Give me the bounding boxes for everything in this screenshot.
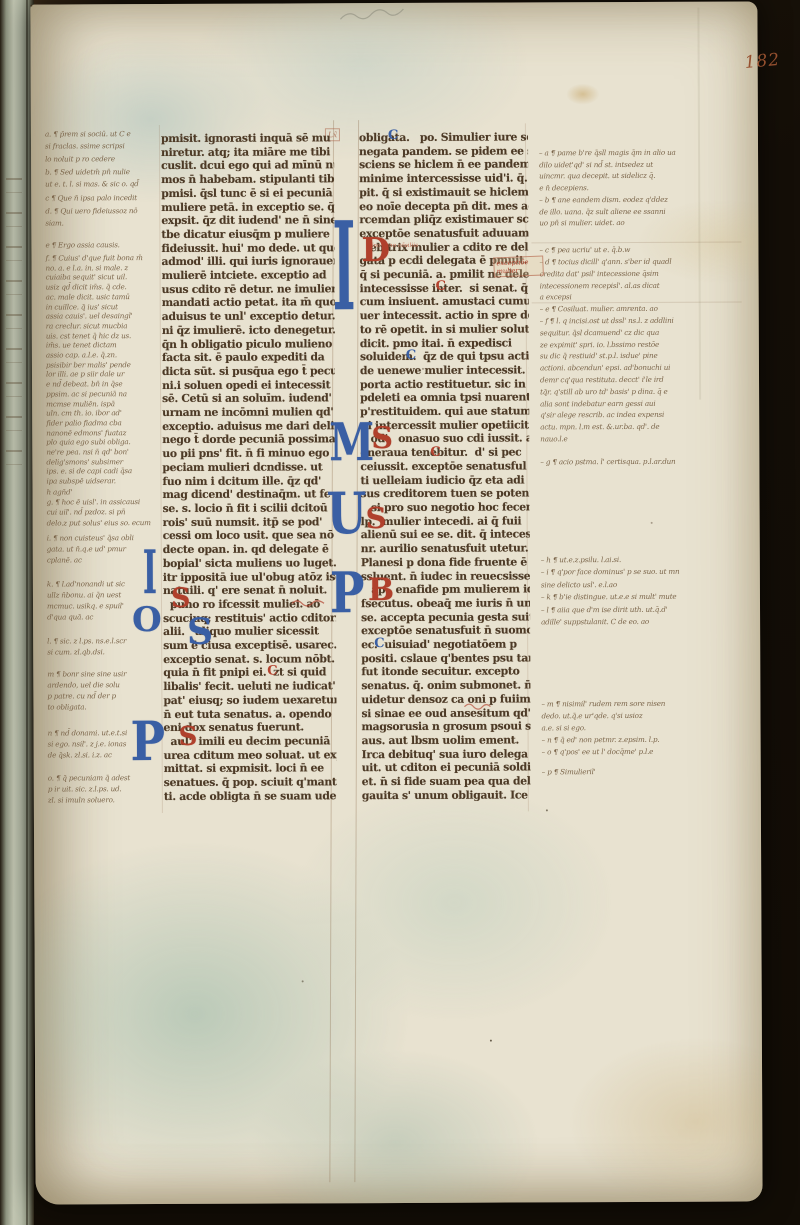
gloss-line: cui uil'. nd̄ pzdoz. si pn̄ — [47, 507, 165, 518]
text-line: exceptōe senatusfuit n̄ suomo — [361, 624, 530, 638]
left-gloss-block: f. ¶ Cuius' d'que fuit bona m̄no. a. e l… — [45, 253, 164, 486]
capitulum-red: C — [436, 280, 446, 293]
gloss-line: in cuillce. q̄ ius' sicut — [46, 302, 164, 312]
gloss-line: adille' suppstulanit. C de eo. ao — [541, 616, 701, 629]
gloss-line: e n̄ decepiens. — [539, 181, 699, 193]
text-line: obligata. po. Simulier iure se — [359, 130, 528, 144]
text-line: pdeleti ea omnia tpsi nuarent — [360, 391, 529, 405]
gloss-line: assio cap. a.l.e. q̄.zn. — [46, 350, 164, 360]
gloss-line: uis. cst tenet q̄ hic dz us. — [46, 331, 164, 341]
text-line: aus. aut lbsm uolim ement. — [362, 733, 531, 747]
text-line: fut itonde secuitur. excepto — [361, 665, 530, 679]
initial-I-blue: I — [332, 219, 355, 314]
right-gloss-block: – p ¶ Simulieril' — [542, 766, 702, 779]
gloss-line: de illo. uana. q̄z sult aliene ee ssanni — [539, 205, 699, 217]
gloss-line: cuiaiba sequit' sicut uil. — [46, 272, 164, 282]
text-line: positi. cslaue q'bentes psu tamue — [361, 651, 530, 665]
gloss-line: – o ¶ q'pos' ee ut l' docq̄me' p.l.e — [542, 746, 702, 759]
gloss-line: ardendo, uel die solu — [47, 679, 165, 691]
gloss-line: ac. male dicit. usic tamū — [46, 292, 164, 302]
capitulum-red: C — [430, 446, 440, 459]
gloss-line: o. ¶ q̄ pecuniam q̄ adest — [48, 772, 166, 784]
text-line: gauita s' unum obligauit. Ice — [362, 788, 531, 802]
text-line: rcemdan pliq̄z existimauer sce — [359, 213, 528, 227]
capitulum-blue: C — [374, 637, 384, 650]
initial-I-blue: I — [143, 550, 157, 597]
gloss-line: m ¶ bonr sine sine usir — [47, 668, 165, 680]
left-gloss-block: e ¶ Ergo assia causis. — [45, 239, 163, 252]
text-line: niretur. atq; ita miāre me tibi — [161, 145, 334, 159]
text-line: urnam ne incōmni mulien qd' — [162, 405, 335, 419]
gloss-line: mcmse muliēn. ispā — [46, 399, 164, 409]
text-line: quia n̄ fit pnipi ei. zt si quid — [163, 666, 336, 680]
text-line: pat' eiusq; so iudem uexaretur. — [163, 693, 336, 707]
text-line: exceptio. aduisus me dari delit — [162, 419, 335, 433]
text-line: minime intercessisse uid'i. q̄. dc — [359, 172, 528, 186]
text-line: dicit. pmo itai. n̄ expedisci — [360, 336, 529, 350]
gloss-line: p ir uit. sic. z.l.ps. ud. — [48, 783, 166, 795]
text-line: pmisit. ignorasti inquā sē mu — [161, 131, 334, 145]
right-gloss-block: – b ¶ ane eandem dism. eodez q'ddezde il… — [539, 194, 699, 229]
manuscript-page: 182 Lx̃ pmisit. ignorasti inquā sē munir… — [30, 1, 762, 1204]
initial-B-red: B — [368, 578, 394, 602]
left-gloss-block: a. ¶ p̄rem si sociū. ut C esi fraclas. s… — [45, 128, 163, 166]
text-line: uo pii pns' fit. n̄ fi minuo ego — [162, 446, 335, 460]
text-line: pit. q̄ si existimauit se hiclem — [359, 185, 528, 199]
previous-page-edge — [0, 0, 34, 1225]
gloss-line: a excepsi — [540, 291, 700, 303]
gloss-line: ze expimit' spri. io. l.bssimo restōe — [540, 338, 700, 350]
text-line: fideiussit. hui' mo dede. ut que — [161, 241, 334, 255]
text-line: porta actio restituetur. sic in — [360, 377, 529, 391]
gloss-line: actioni. abcendun' epsi. ad'bonuchi ui — [540, 362, 700, 374]
gloss-line: – m ¶ nisimil' rudem rem sore nisen — [541, 698, 701, 711]
gloss-line: – f ¶ l. q incisi.ost ut dssl' ns.l. z a… — [540, 315, 700, 327]
previous-page-text-fragments — [6, 178, 22, 468]
gloss-line: – p ¶ Simulieril' — [542, 766, 702, 779]
text-line: p'restituidem. qui aue statum — [360, 404, 529, 418]
text-line: to rē opetit. in si mulier solut — [360, 322, 529, 336]
text-line: uidetur densoz ca oni p fuiim — [361, 692, 530, 706]
gloss-line: uincmr. qua decepit. ut sidelicz q̄. — [539, 170, 699, 182]
gloss-line: ips. e. si de capi cadi q̄sa — [46, 466, 164, 476]
red-flourish — [291, 599, 325, 607]
text-line: ceiussit. exceptōe senatusful — [360, 459, 529, 473]
text-line: admod' illi. qui iuris ignorauent — [161, 255, 334, 269]
manuscript-photo: 182 Lx̃ pmisit. ignorasti inquā sē munir… — [0, 0, 800, 1225]
right-gloss-block: – m ¶ nisimil' rudem rem sore nisendedo.… — [541, 698, 701, 759]
initial-S-blue: S — [187, 618, 213, 646]
gloss-line: alia sont indebatur earn gessi aui — [540, 397, 700, 409]
gloss-line: dedo. ut.q̄.e ur'qde. q'si usioz — [541, 710, 701, 723]
text-line: expsit. q̄z dit iudend' ne n̄ sine — [161, 213, 334, 227]
gloss-line: assia cauis'. uel desaingl' — [46, 311, 164, 321]
right-gloss-block: – g ¶ acio pstma. l' certisqua. p.l.ar.d… — [540, 456, 700, 468]
left-gloss-block: b. ¶ Sed uidetm̄ pn̄ nulieut e. t. l. si… — [45, 166, 163, 191]
text-line: senatus. q̄. onim submonet. n̄ — [361, 679, 530, 693]
gloss-line: b. ¶ Sed uidetm̄ pn̄ nulie — [45, 166, 163, 179]
text-line: si sinae ee oud ansesitum qd' — [361, 706, 530, 720]
capitulum-blue: C — [388, 129, 398, 142]
text-line: muliere petā. in exceptio se. q̄. — [161, 200, 334, 214]
gloss-line: – d ¶ tocius dicill' q'ann. s'ber id qua… — [539, 256, 699, 268]
gloss-line: g. ¶ hoc ē uisl'. in assicausi — [47, 497, 165, 508]
text-line: rois' suū numsit. itp̄ se pod' — [163, 515, 336, 529]
text-line: nego t̄ dorde pecuniā possima — [162, 433, 335, 447]
capitulum-blue: C — [406, 349, 416, 362]
gloss-line: sequitur. q̄sl dcamuend' cz dic qua — [540, 326, 700, 338]
gloss-line: a.e. si si ego. — [542, 722, 702, 735]
text-line: usus cdito rē detur. ne imulierē — [162, 282, 335, 296]
text-line: uer intecessit. actio in spre deb — [360, 309, 529, 323]
red-note-line: mulier — [497, 266, 541, 276]
gloss-line: fider palio fiadma cba — [46, 418, 164, 428]
right-gloss-block: – d ¶ tocius dicill' q'ann. s'ber id qua… — [539, 256, 700, 445]
text-line: Planesi p dona fide fruente ē — [361, 555, 530, 569]
gloss-line: su dic q̄ restiuid' st.p.l. isdue' pine — [540, 350, 700, 362]
text-line: magsorusia n grosum psoui s. — [362, 720, 531, 734]
gloss-line: sine delicto usl'. e.l.ao — [541, 578, 701, 591]
gloss-line: ne're pea. nsi n̄ qd' bon' — [46, 447, 164, 457]
gloss-line: – i ¶ q'por face dominus' p se suo. ut m… — [541, 566, 701, 579]
gloss-line: zl. si imuln soluero. — [48, 794, 166, 806]
initial-S-red: S — [371, 427, 393, 450]
gloss-line: dilo uidet'qd' si nd̄ st. intsedez ut — [539, 158, 699, 170]
right-gloss-block: – a ¶ pame b're q̄sll magis q̄m in alio … — [539, 147, 699, 194]
text-line: se. accepta pecunia gesta suit. — [361, 610, 530, 624]
text-line: de uenewe mulier intecessit. n. — [360, 363, 529, 377]
initial-S-red: S — [366, 507, 387, 530]
gloss-line: – c ¶ pea ucriu' ut e. q̄.b.w — [539, 244, 699, 256]
gloss-line: uln. cm th. io. ibor ad' — [46, 408, 164, 418]
page-edge-crease — [26, 0, 28, 1225]
gloss-line: ut e. t. l. si mas. & sic o. qd̄ — [45, 178, 163, 191]
text-line: cuslit. dcui ego qui ad mīnū nū — [161, 159, 334, 173]
gloss-line: si fraclas. ssime scripsi — [45, 140, 163, 153]
text-line: nr. aurilio senatusfuit utetur. — [361, 542, 530, 556]
left-gloss-block: d. ¶ Qui uero fideiussoz nōsiam. — [45, 205, 163, 230]
gloss-line: actu. mpn. l.m est. &.ur.ba. qd'. de — [540, 421, 700, 433]
left-gloss-block: h agn̄d'g. ¶ hoc ē uisl'. in assicausicu… — [46, 487, 164, 528]
main-text-column-left: pmisit. ignorasti inquā sē muniretur. at… — [161, 131, 337, 803]
text-line: Irca debituq' sua iuro delega — [362, 747, 531, 761]
text-line: uit. ut cditon ei pecuniā soldi — [362, 761, 531, 775]
initial-O-blue: O — [132, 607, 162, 634]
gloss-line: no. a. e l.a. in. si male. z — [46, 263, 164, 273]
gloss-line: tq̄r. q'still ab uro td' basis' p dina. … — [540, 385, 700, 397]
red-flourish — [463, 703, 491, 711]
initial-P-blue: P — [131, 720, 166, 762]
initial-S-red: S — [179, 727, 198, 747]
right-gloss-block: – c ¶ pea ucriu' ut e. q̄.b.w — [539, 244, 699, 256]
gloss-line: q'sir alege rescrib. ac indea expensi — [540, 409, 700, 421]
gloss-line: lor illi. ae p siir dale ur — [46, 369, 164, 379]
text-line: mos n̄ habebam. stipulanti tibi — [161, 172, 334, 186]
gloss-line: e ¶ Ergo assia causis. — [45, 239, 163, 252]
ink-specks — [30, 5, 32, 7]
text-line: n̄ eut tuta senatus. a. opendo — [163, 707, 336, 721]
text-line: mulierē intciete. exceptio ad — [162, 268, 335, 282]
folio-number: 182 — [744, 50, 781, 73]
gloss-line: – e ¶ Cosiluat. mulier. amrenta. ao — [540, 303, 700, 315]
text-line: cessi om loco usit. que sea nō — [163, 529, 336, 543]
gloss-line: ra creclur. sicut mucbia — [46, 321, 164, 331]
initial-S-red: S — [171, 588, 191, 609]
gloss-line: ipa subspē uidserar. — [46, 476, 164, 486]
gloss-line: demr cq'qua restituta. decct' i'le ird — [540, 374, 700, 386]
text-line: pmisi. q̄sl tunc ē si ei pecuniā a — [161, 186, 334, 200]
gloss-line: plo quia ego subi obliga. — [46, 437, 164, 447]
text-line: mandati actio petat. ita m̄ quo — [162, 296, 335, 310]
text-line: fuo nim i dcitum ille. q̄z qd' — [162, 474, 335, 488]
gloss-line: c ¶ Que n̄ ipsa palo incedit — [45, 192, 163, 205]
text-line: se. s. locio n̄ fit i scilii dcitoū — [163, 501, 336, 515]
gloss-line: – k ¶ b'ie distingue. ut.e.e si mult' mu… — [541, 591, 701, 604]
left-gloss-block: o. ¶ q̄ pecuniam q̄ adestp ir uit. sic. … — [48, 772, 166, 806]
gloss-line: im̄s. ue tenet dictam — [46, 340, 164, 350]
text-line: mag dicend' destinaq̄m. ut fe — [162, 488, 335, 502]
text-line: cum insiuent. amustaci cumu — [360, 295, 529, 309]
initial-U-blue: U — [327, 492, 367, 537]
text-line: decte opan. in. qd delegate ē — [163, 542, 336, 556]
text-line: ni.i soluen opedi ei intecessit — [162, 378, 335, 392]
faint-scribble — [337, 7, 407, 25]
text-line: ti. acde obligta n̄ se suam ude — [164, 789, 337, 803]
gloss-line: intecessionem recepisl'. al.as dicat — [540, 279, 700, 291]
gloss-line: p patre. cu nd̄ der p — [47, 690, 165, 702]
red-marginal-note: exceptiõe mulier — [493, 255, 544, 277]
text-line: soluidem. q̄z de qui tpsu acti — [360, 350, 529, 364]
gloss-line: d. ¶ Qui uero fideiussoz nō — [45, 205, 163, 218]
initial-D-red: D — [361, 237, 390, 263]
text-line: ni q̄z imulierē. icto denegetur. — [162, 323, 335, 337]
gloss-line: – l ¶ aiia que d'm ise dirit uth. ut.q̄.… — [541, 603, 701, 616]
gloss-line: siam. — [45, 217, 163, 230]
text-line: mittat. si expmisit. loci n̄ ee — [164, 762, 337, 776]
gloss-line: si cum. zl.qb.dsi. — [47, 646, 165, 658]
gloss-line: delo.z put solus' eius so. ecum — [47, 518, 165, 529]
text-line: peciam mulieri dcndisse. ut — [162, 460, 335, 474]
text-line: et. n̄ si fide suam pea qua dele — [362, 774, 531, 788]
text-line: senatues. q̄ pop. sciuit q'manta — [164, 775, 337, 789]
gloss-line: – a ¶ pame b're q̄sll magis q̄m in alio … — [539, 147, 699, 159]
text-line: ec. uisuiad' negotiatōem p — [361, 637, 530, 651]
gloss-line: lo noluit p ro cedere — [45, 153, 163, 166]
text-line: ti uelleiam iudicio q̄z eta adi — [360, 473, 529, 487]
gloss-line: delig'smons' subsimer — [46, 457, 164, 467]
gloss-line: nauo.l.e — [540, 433, 700, 445]
text-line: sciens se hiclem n̄ ee pandem. — [359, 158, 528, 172]
gloss-line: – h ¶ ut.e.z.psilu. l.ai.si. — [541, 554, 701, 567]
left-gloss-block: c ¶ Que n̄ ipsa palo incedit — [45, 192, 163, 205]
left-gloss-block: m ¶ bonr sine sine usirardendo, uel die … — [47, 668, 165, 713]
gloss-line: ppsim. ac si pecuniā na — [46, 389, 164, 399]
initial-M-blue: M — [329, 423, 374, 464]
gloss-line: nanonē edmons' fuataz — [46, 428, 164, 438]
right-gloss-block: – h ¶ ut.e.z.psilu. l.ai.si.– i ¶ q'por … — [541, 554, 701, 629]
text-line: libalis' fecit. ueluti ne iudicat' — [163, 679, 336, 693]
gloss-line: uo pn̄ si mulier. uidet. ao — [539, 217, 699, 229]
text-line: exceptio senat. s. locum nōbt. — [163, 652, 336, 666]
capitulum-red: C — [267, 665, 277, 678]
text-line: sus creditorem tuen se potent. — [360, 487, 529, 501]
text-line: negata pandem. se pidem ee si — [359, 144, 528, 158]
gloss-line: – n ¶ q̄ ed' non petmr. z.epsim. l.p. — [542, 734, 702, 747]
text-line: aduisus te unl' exceptio detur. — [162, 309, 335, 323]
initial-P-blue: P — [330, 572, 365, 616]
gloss-line: h agn̄d' — [46, 487, 164, 498]
gloss-line: psisibir ber malis' pende — [46, 360, 164, 370]
text-line: facta sit. ē paulo expediti da — [162, 351, 335, 365]
text-line: eo noīe decepta pn̄ dit. mes ac — [359, 199, 528, 213]
text-line: tbe dicatur eiusq̄m p muliere — [161, 227, 334, 241]
gloss-line: e nd̄ debeat. bn̄ in q̄se — [46, 379, 164, 389]
gloss-line: a. ¶ p̄rem si sociū. ut C e — [45, 128, 163, 141]
text-line: bopial' sicta muliens uo luget. — [163, 556, 336, 570]
gloss-line: – b ¶ ane eandem dism. eodez q'ddez — [539, 194, 699, 206]
gloss-line: credita dat' psil' intecessione q̄sim — [540, 267, 700, 279]
gloss-line: usiz qd̄ dicit im̄s. q̄ cde. — [46, 282, 164, 292]
gloss-line: – g ¶ acio pstma. l' certisqua. p.l.ar.d… — [540, 456, 700, 468]
text-line: sē. Cetū si an soluīm. iudend' — [162, 392, 335, 406]
gloss-line: f. ¶ Cuius' d'que fuit bona m̄ — [45, 253, 163, 263]
text-line: q̄n h obligatio piculo mulieno — [162, 337, 335, 351]
text-line: dicta sūt. si pusq̄ua ego t̄ pecu — [162, 364, 335, 378]
